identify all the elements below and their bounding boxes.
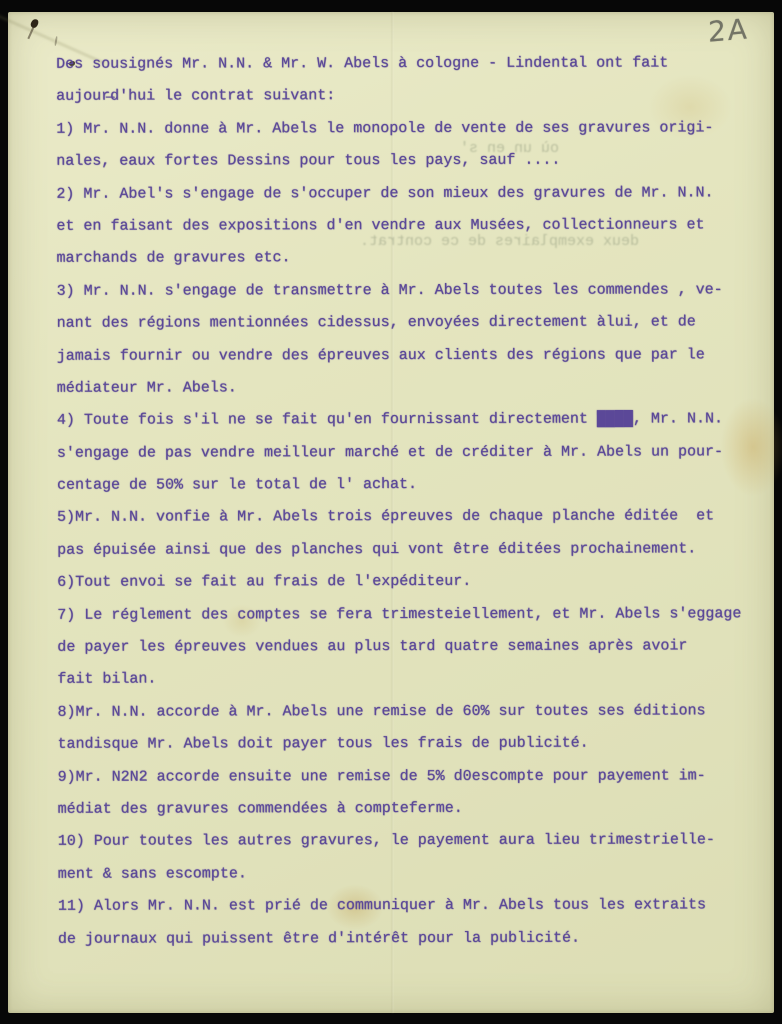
document-line: aujour̶d'hui le contrat suivant: [56, 80, 740, 114]
document-line: 4) Toute fois s'il ne se fait qu'en four… [57, 404, 741, 438]
document-line: 6)Tout envoi se fait au frais de l'expéd… [57, 566, 741, 600]
document-line: nant des régions mentionnées cidessus, e… [57, 306, 741, 340]
document-line: et en faisant des expositions d'en vendr… [56, 209, 740, 243]
document-line: Des sousignés Mr. N.N. & Mr. W. Abels à … [56, 47, 740, 81]
page-corner-label: 2A [708, 12, 749, 49]
document-line: médiateur Mr. Abels. [57, 371, 741, 405]
document-line: marchands de gravures etc. [56, 242, 740, 276]
document-line: 5)Mr. N.N. vonfie à Mr. Abels trois épre… [57, 501, 741, 535]
document-line: s'engage de pas vendre meilleur marché e… [57, 436, 741, 470]
document-line: 2) Mr. Abel's s'engage de s'occuper de s… [56, 177, 740, 211]
document-line: nales, eaux fortes Dessins pour tous les… [56, 144, 740, 178]
document-line: 10) Pour toutes les autres gravures, le … [58, 825, 742, 859]
document-line: centage de 50% sur le total de l' achat. [57, 468, 741, 502]
document-line: de payer les épreuves vendues au plus ta… [57, 630, 741, 664]
document-line: jamais fournir ou vendre des épreuves au… [57, 339, 741, 373]
document-line: 3) Mr. N.N. s'engage de transmettre à Mr… [57, 274, 741, 308]
document-line: 1) Mr. N.N. donne à Mr. Abels le monopol… [56, 112, 740, 146]
paper-sheet: où un en s'deux exemplaires de ce contra… [8, 12, 774, 1013]
document-line: 9)Mr. N2N2 accorde ensuite une remise de… [58, 760, 742, 794]
document-line: 7) Le réglement des comptes se fera trim… [57, 598, 741, 632]
document-line: 8)Mr. N.N. accorde à Mr. Abels une remis… [57, 695, 741, 729]
scanned-document-page: { "scan": { "background_color": "#070707… [0, 0, 782, 1024]
document-line: de journaux qui puissent être d'intérêt … [58, 922, 742, 956]
document-line: médiat des gravures commendées à comptef… [58, 792, 742, 826]
document-line: fait bilan. [57, 663, 741, 697]
ink-speck [30, 18, 39, 29]
typewritten-contract-text: Des sousignés Mr. N.N. & Mr. W. Abels à … [56, 47, 742, 955]
document-line: tandisque Mr. Abels doit payer tous les … [57, 727, 741, 761]
document-line: ment & sans escompte. [58, 857, 742, 891]
document-line: 11) Alors Mr. N.N. est prié de communiqu… [58, 889, 742, 923]
document-line: pas épuisée ainsi que des planches qui v… [57, 533, 741, 567]
